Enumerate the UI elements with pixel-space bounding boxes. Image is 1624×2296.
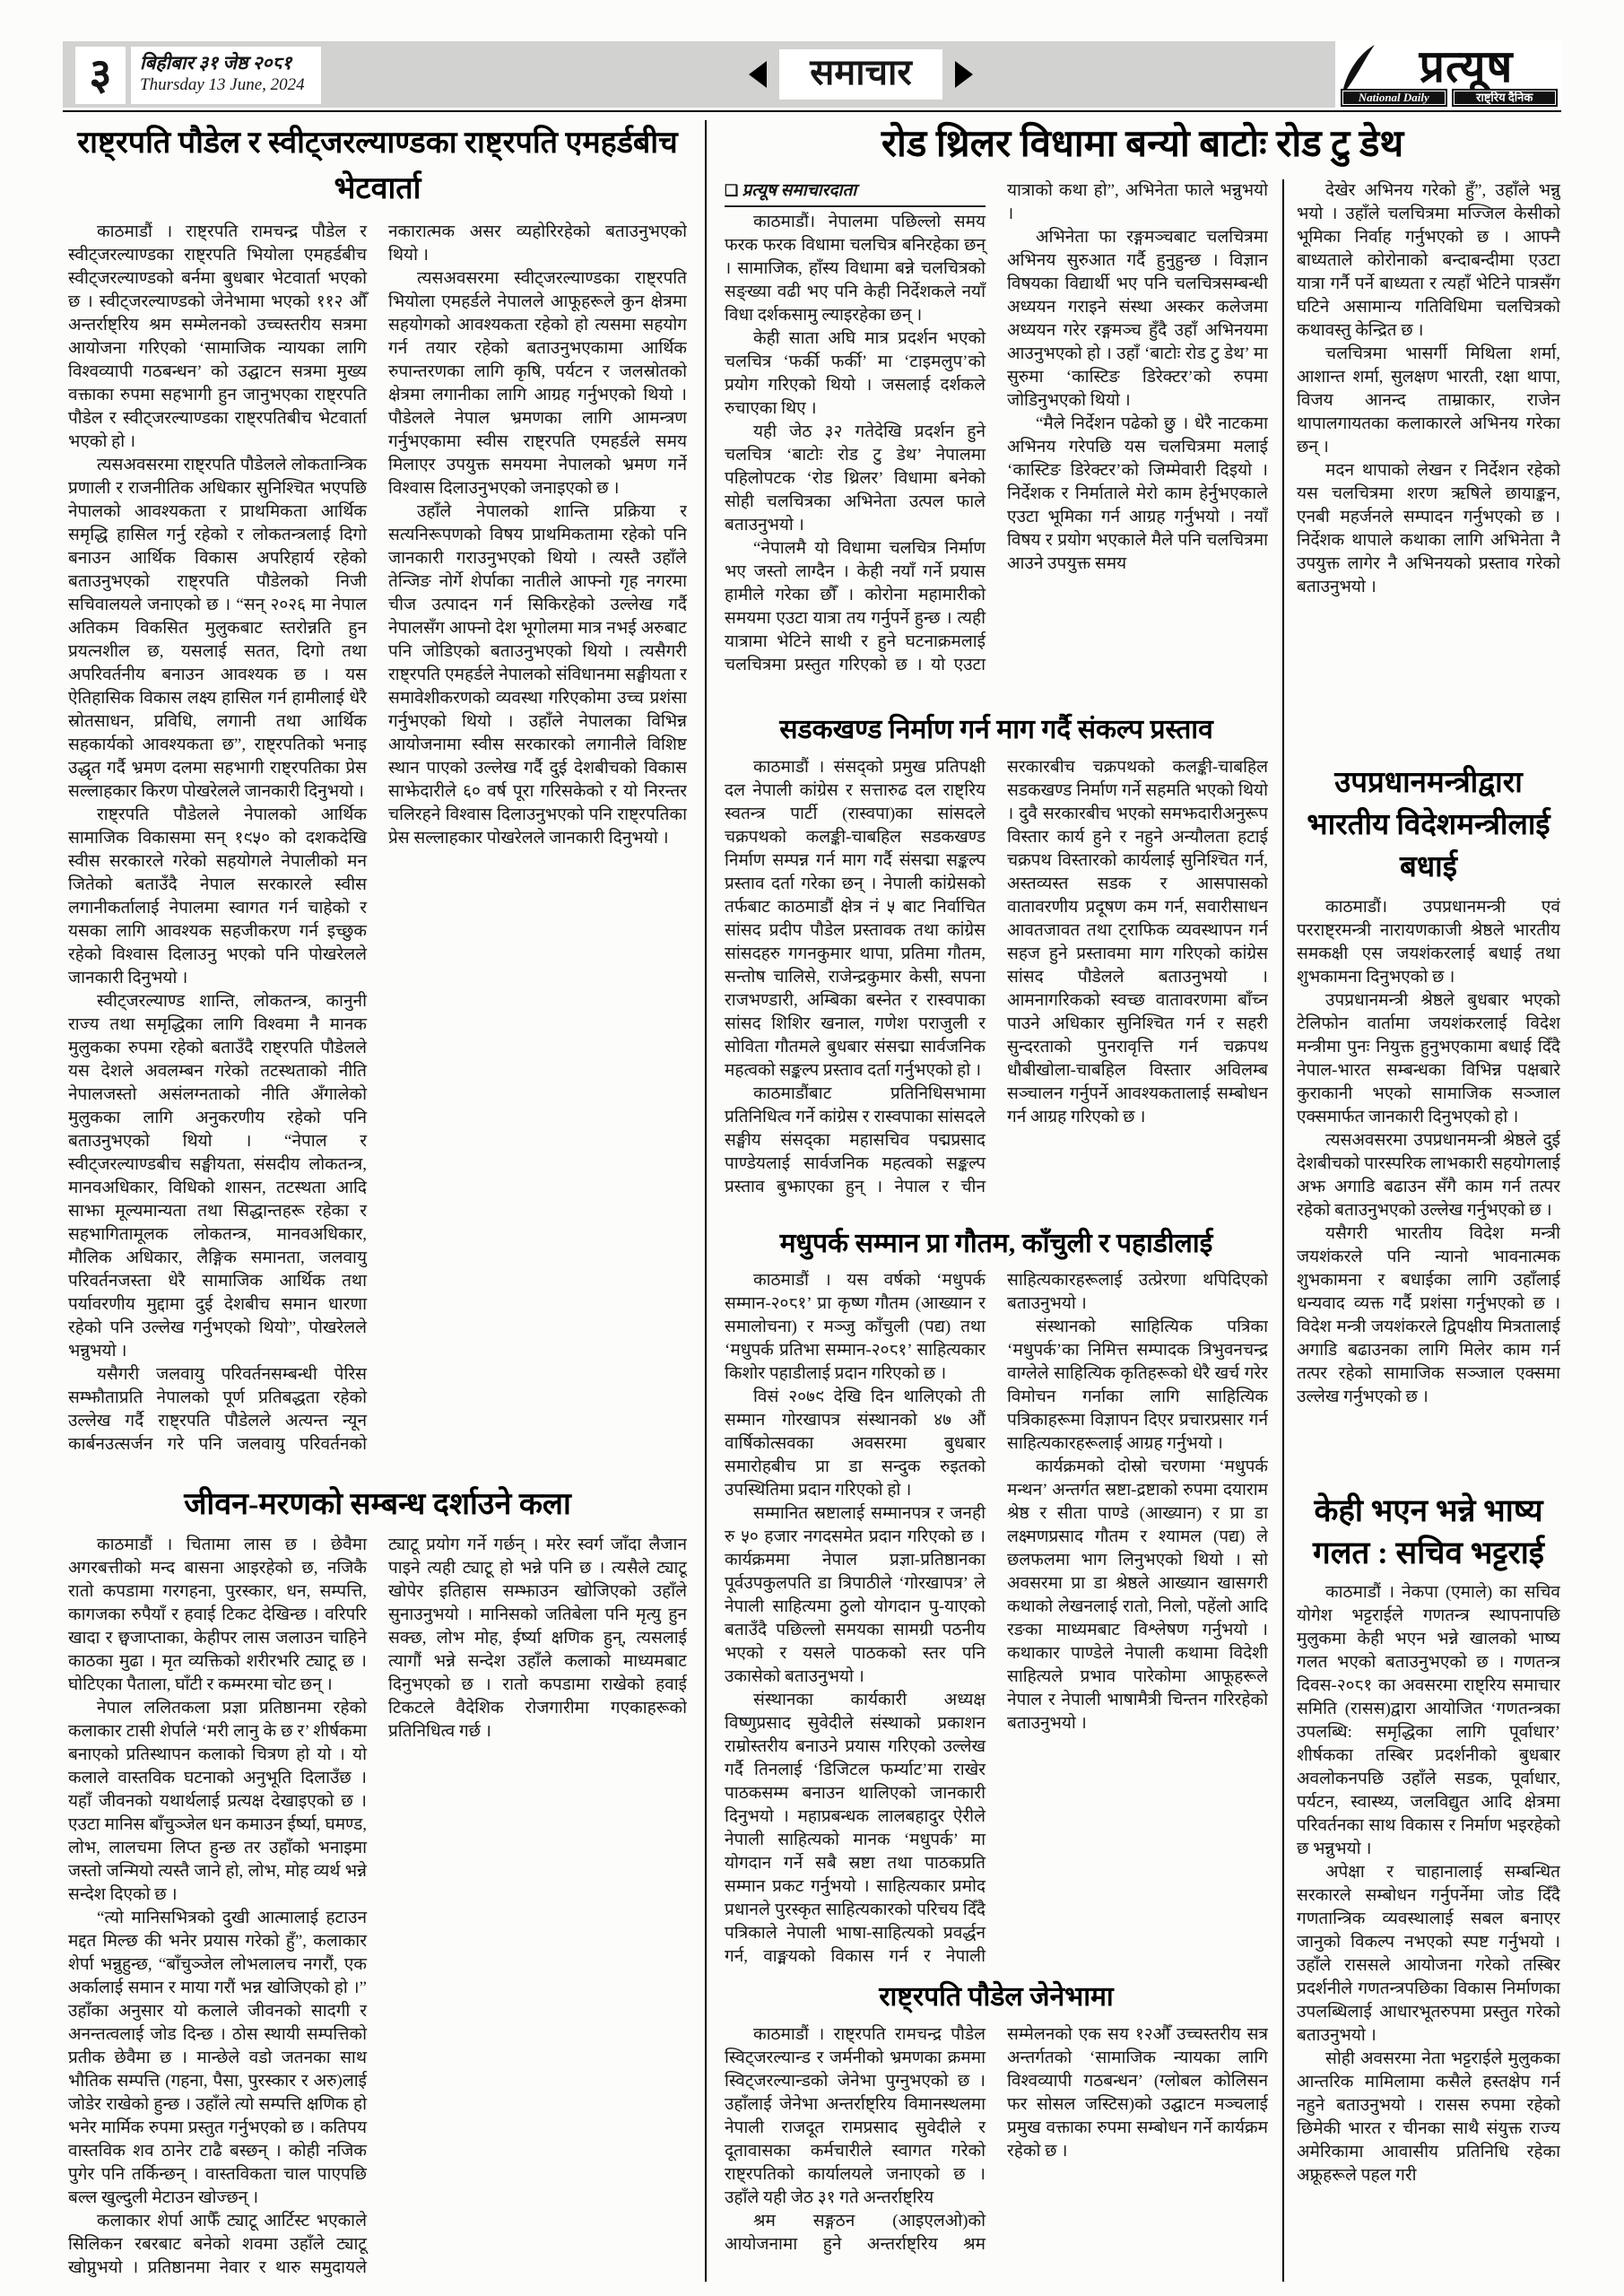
paragraph: त्यसअवसरमा उपप्रधानमन्त्री श्रेष्ठले दुई… (1297, 1129, 1560, 1222)
newspaper-logo: प्रत्यूष National Daily राष्ट्रिय दैनिक (1335, 39, 1561, 109)
logo-title: प्रत्यूष (1375, 39, 1558, 95)
paragraph: नेपाल ललितकला प्रज्ञा प्रतिष्ठानमा रहेको… (68, 1697, 367, 1907)
headline-bhattarai: केही भएन भन्ने भाष्य गलत : सचिव भट्टराई (1297, 1490, 1560, 1575)
headline-president-meeting: राष्ट्रपति पौडेल र स्वीट्जरल्याण्डका राष… (68, 120, 687, 212)
article-body-road-thriller: ❏ प्रत्यूष समाचारदाता काठमाडौं। नेपालमा … (725, 179, 1268, 705)
headline-life-death-art: जीवन-मरणको सम्बन्ध दर्शाउने कला (68, 1485, 687, 1525)
middle-zone: ❏ प्रत्यूष समाचारदाता काठमाडौं। नेपालमा … (725, 179, 1268, 2262)
article-body-road-construction: काठमाडौं । संसद्को प्रमुख प्रतिपक्षी दल … (725, 756, 1268, 1219)
paragraph: राष्ट्रपति पौडेलले नेपालको आर्थिक सामाजि… (68, 804, 367, 990)
paragraph: “त्यो मानिसभित्रको दुखी आत्मालाई हटाउन म… (68, 1907, 367, 2210)
date-english: Thursday 13 June, 2024 (140, 75, 312, 95)
masthead-divider (63, 110, 1561, 112)
left-arrow-icon (749, 61, 767, 88)
byline-text: प्रत्यूष समाचारदाता (743, 181, 857, 200)
paragraph: स्वीट्जरल्याण्ड शान्ति, लोकतन्त्र, कानुन… (68, 990, 367, 1363)
paragraph: यसैगरी भारतीय विदेश मन्त्री जयशंकरले पनि… (1297, 1222, 1560, 1409)
paragraph: चलचित्रमा भासर्गी मिथिला शर्मा, आशान्त श… (1297, 343, 1560, 459)
paragraph: मदन थापाको लेखन र निर्देशन रहेको यस चलचि… (1297, 459, 1560, 599)
vertical-rule-right (1282, 179, 1284, 2282)
newspaper-page: ३ बिहीबार ३१ जेष्ठ २०८१ Thursday 13 June… (0, 0, 1624, 2296)
article-body-dpm-congrats: काठमाडौं। उपप्रधानमन्त्री एवं परराष्ट्रम… (1297, 896, 1560, 1479)
vertical-rule-left (705, 120, 707, 2282)
logo-subtitle-en: National Daily (1341, 89, 1447, 107)
paragraph: उहाँले नेपालको शान्ति प्रक्रिया र सत्यनि… (388, 500, 687, 850)
paragraph: काठमाडौं। उपप्रधानमन्त्री एवं परराष्ट्रम… (1297, 896, 1560, 989)
date-box: बिहीबार ३१ जेष्ठ २०८१ Thursday 13 June, … (131, 47, 321, 104)
logo-banners: National Daily राष्ट्रिय दैनिक (1341, 89, 1558, 107)
paragraph: त्यसअवसरमा राष्ट्रपति पौडेलले लोकतान्त्र… (68, 454, 367, 804)
headline-road-construction: सडकखण्ड निर्माण गर्न माग गर्दै संकल्प प्… (725, 712, 1268, 749)
headline-dpm-congrats: उपप्रधानमन्त्रीद्वारा भारतीय विदेशमन्त्र… (1297, 762, 1560, 889)
article-body-madhuparka: काठमाडौं । यस वर्षको ‘मधुपर्क सम्मान-२०८… (725, 1269, 1268, 1972)
paragraph: उपप्रधानमन्त्री श्रेष्ठले बुधबार भएको टे… (1297, 989, 1560, 1129)
right-arrow-icon (955, 61, 973, 88)
paragraph: विसं २०७९ देखि दिन थालिएको ती सम्मान गोर… (725, 1386, 986, 1502)
page-number: ३ (75, 47, 126, 104)
paragraph: काठमाडौं । राष्ट्रपति रामचन्द्र पौडेल र … (68, 221, 367, 454)
date-nepali: बिहीबार ३१ जेष्ठ २०८१ (140, 50, 312, 75)
paragraph: देखेर अभिनय गरेको हुँ”, उहाँले भन्नु भयो… (1297, 179, 1560, 343)
article-continuation-road-thriller: देखेर अभिनय गरेको हुँ”, उहाँले भन्नु भयो… (1297, 179, 1560, 753)
headline-geneva: राष्ट्रपति पौडेल जेनेभामा (725, 1979, 1268, 2016)
paragraph: सोही अवसरमा नेता भट्टराईले मुलुकका आन्तर… (1297, 2048, 1560, 2187)
paragraph: अभिनेता फा रङ्गमञ्चबाट चलचित्रमा अभिनय स… (1007, 226, 1268, 413)
logo-subtitle-np: राष्ट्रिय दैनिक (1452, 89, 1559, 107)
paragraph: त्यसअवसरमा स्वीट्जरल्याण्डका राष्ट्रपति … (388, 267, 687, 500)
headline-madhuparka: मधुपर्क सम्मान प्रा गौतम, काँचुली र पहाड… (725, 1226, 1268, 1263)
article-body-life-death-art: काठमाडौं । चितामा लास छ । छेवैमा अगरबत्त… (68, 1534, 687, 2283)
reporter-icon: ❏ (725, 182, 743, 199)
byline: ❏ प्रत्यूष समाचारदाता (725, 179, 986, 207)
paragraph: काठमाडौं । राष्ट्रपति रामचन्द्र पौडेल स्… (725, 2023, 986, 2210)
paragraph: काठमाडौं । चितामा लास छ । छेवैमा अगरबत्त… (68, 1534, 367, 1697)
paragraph: केही साता अघि मात्र प्रदर्शन भएको चलचित्… (725, 327, 986, 421)
paragraph: काठमाडौं। नेपालमा पछिल्लो समय फरक फरक वि… (725, 211, 986, 327)
paragraph: अपेक्षा र चाहानालाई सम्बन्धित सरकारले सम… (1297, 1861, 1560, 2048)
article-body-geneva: काठमाडौं । राष्ट्रपति रामचन्द्र पौडेल स्… (725, 2023, 1268, 2262)
paragraph: काठमाडौं । नेकपा (एमाले) का सचिव योगेश भ… (1297, 1581, 1560, 1861)
paragraph: कार्यक्रमको दोस्रो चरणमा ‘मधुपर्क मन्थन’… (1007, 1456, 1268, 1735)
paragraph: “मैले निर्देशन पढेको छु । धेरै नाटकमा अभ… (1007, 413, 1268, 576)
paragraph: काठमाडौं । यस वर्षको ‘मधुपर्क सम्मान-२०८… (725, 1269, 986, 1386)
left-zone: राष्ट्रपति पौडेल र स्वीट्जरल्याण्डका राष… (68, 120, 687, 2283)
article-body-bhattarai: काठमाडौं । नेकपा (एमाले) का सचिव योगेश भ… (1297, 1581, 1560, 2277)
right-zone: देखेर अभिनय गरेको हुँ”, उहाँले भन्नु भयो… (1297, 179, 1560, 2277)
article-body-president-meeting: काठमाडौं । राष्ट्रपति रामचन्द्र पौडेल र … (68, 221, 687, 1474)
headline-road-thriller: रोड थ्रिलर विधामा बन्यो बाटोः रोड टु डेथ (725, 117, 1560, 168)
paragraph: यही जेठ ३२ गतेदेखि प्रदर्शन हुने चलचित्र… (725, 421, 986, 537)
section-nav: समाचार (717, 45, 1004, 104)
paragraph: सम्मानित स्रष्टालाई सम्मानपत्र र जनही रु… (725, 1502, 986, 1689)
paragraph: काठमाडौं । संसद्को प्रमुख प्रतिपक्षी दल … (725, 756, 986, 1083)
section-title: समाचार (779, 49, 942, 100)
paragraph: संस्थानको साहित्यिक पत्रिका ‘मधुपर्क’का … (1007, 1316, 1268, 1456)
